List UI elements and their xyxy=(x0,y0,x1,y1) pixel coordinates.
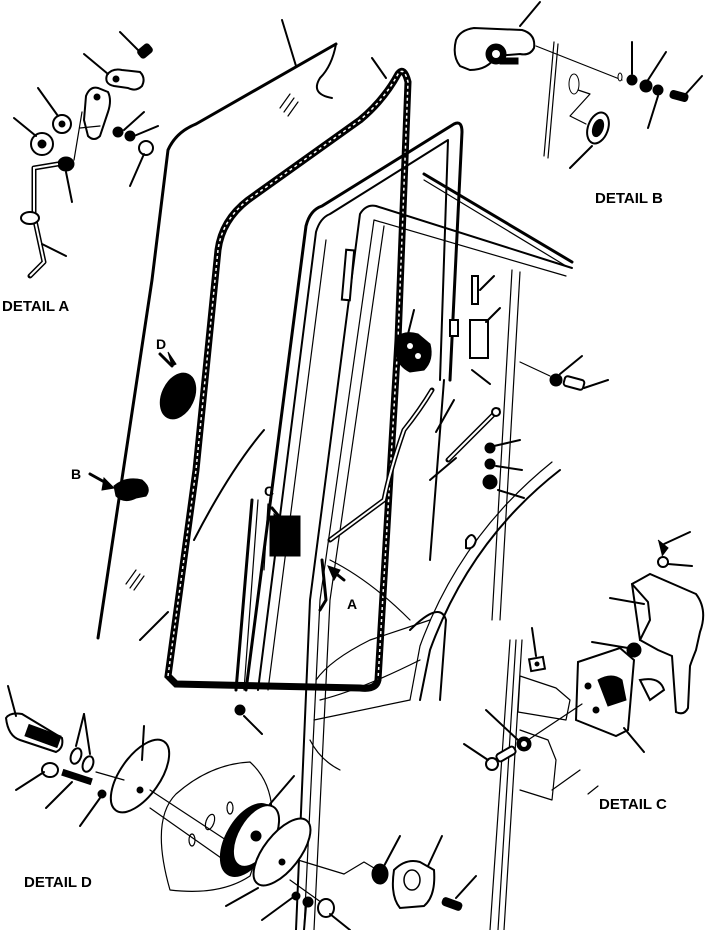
lower-channel xyxy=(235,500,262,734)
handle-knob-part xyxy=(393,836,442,908)
backing-plate-part xyxy=(100,726,181,822)
callout-d-label: D xyxy=(156,336,166,352)
clamp-bracket-part xyxy=(84,54,144,90)
small-nut-part xyxy=(113,112,158,186)
frame-bolt-part xyxy=(520,356,608,390)
detail-a-assembly: DETAIL A xyxy=(2,32,158,315)
detail-b-assembly: DETAIL B xyxy=(455,2,702,207)
cage-nut-part xyxy=(529,628,545,671)
screw-part xyxy=(46,770,106,826)
detail-c-assembly: DETAIL C xyxy=(464,532,703,930)
washer-part xyxy=(38,88,71,133)
callout-c-label: C xyxy=(264,483,274,499)
hinge-plate-part xyxy=(84,88,110,139)
detail-b-label: DETAIL B xyxy=(595,190,663,207)
striker-part xyxy=(450,276,500,384)
callout-a: A xyxy=(320,560,357,612)
callout-b-label: B xyxy=(71,466,81,482)
latch-body-part xyxy=(576,648,664,752)
nut-part xyxy=(14,118,53,155)
bolt-part xyxy=(120,32,154,59)
small-washers-part xyxy=(262,892,350,930)
bushing-part xyxy=(16,763,58,790)
knob-part xyxy=(6,686,62,752)
grommet-part xyxy=(570,110,613,168)
detail-c-label: DETAIL C xyxy=(599,796,667,813)
detail-d-assembly: DETAIL D xyxy=(6,686,476,930)
washer-nut-stack xyxy=(618,42,702,128)
detail-d-label: DETAIL D xyxy=(24,874,92,891)
parts-diagram: DETAIL A xyxy=(0,0,711,930)
callout-a-label: A xyxy=(347,596,357,612)
mounting-bolt-part xyxy=(464,704,582,770)
detail-a-label: DETAIL A xyxy=(2,298,69,315)
handle-screw-part xyxy=(441,876,476,911)
rod-part xyxy=(21,164,66,276)
o-ring-part xyxy=(69,714,96,773)
handle-part xyxy=(455,2,540,70)
